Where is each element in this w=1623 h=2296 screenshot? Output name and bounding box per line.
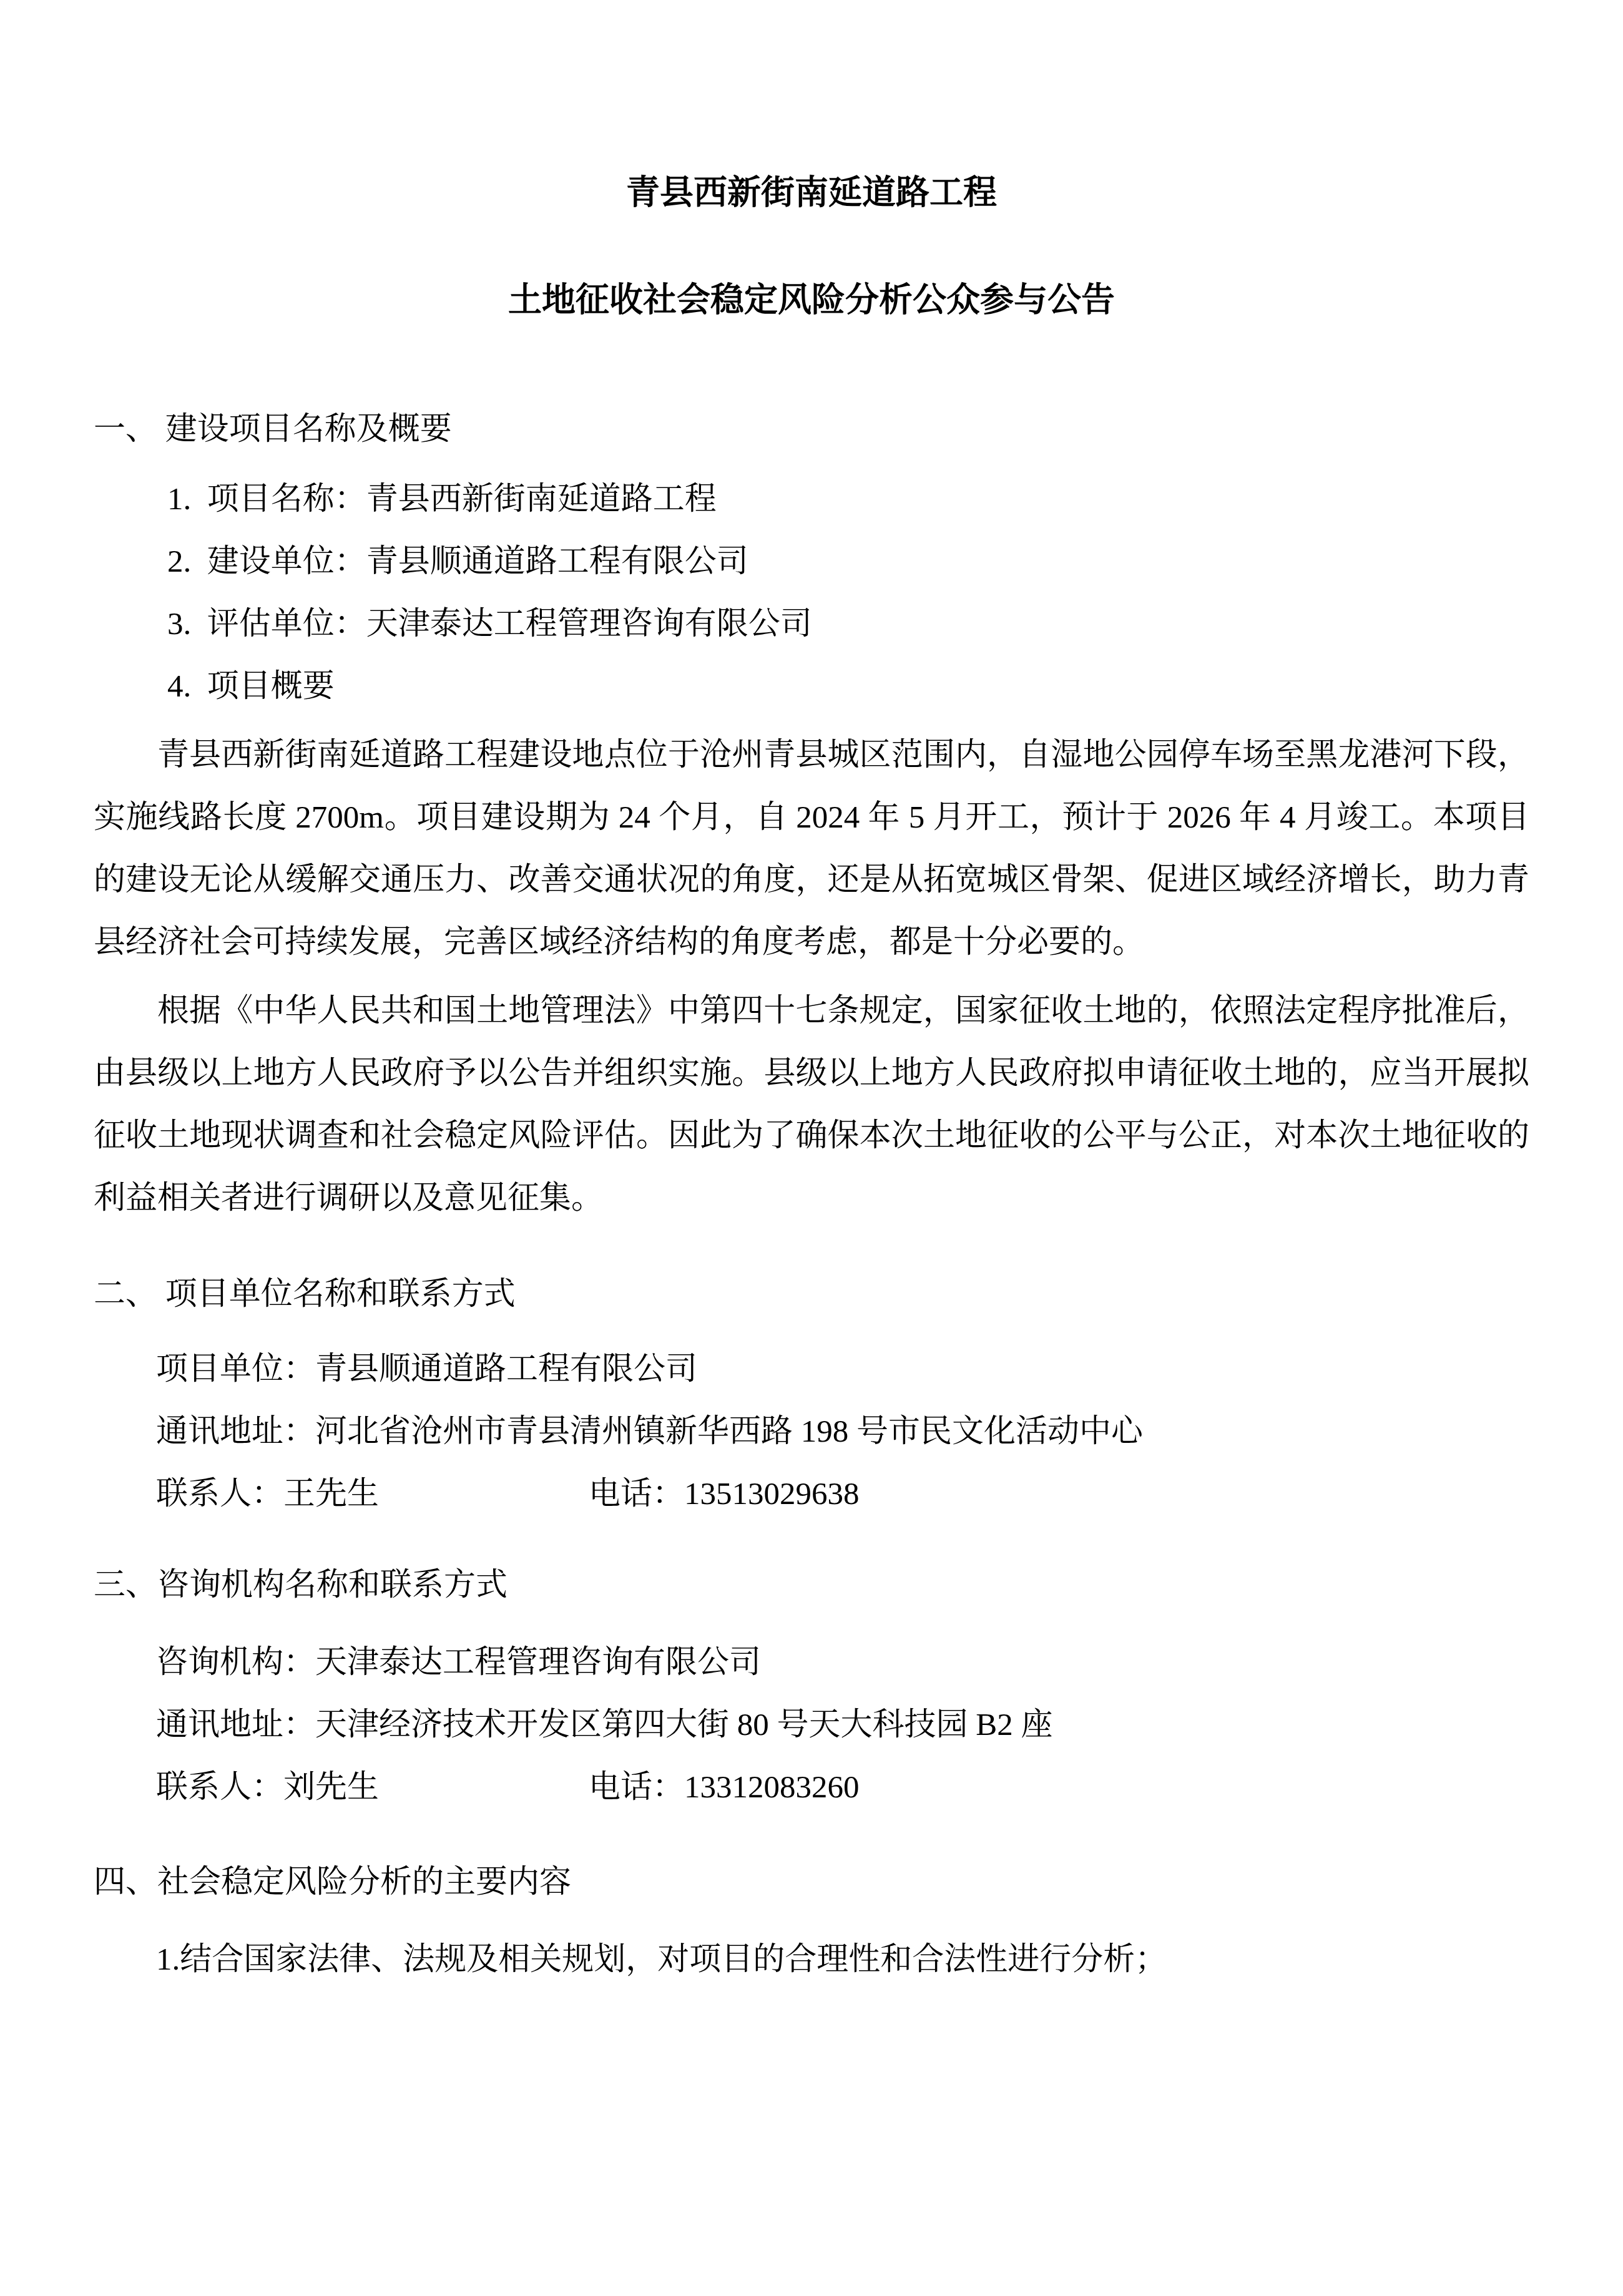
project-overview-paragraph-1: 青县西新街南延道路工程建设地点位于沧州青县城区范围内，自湿地公园停车场至黑龙港河… — [94, 724, 1529, 974]
section-2-heading: 二、 项目单位名称和联系方式 — [94, 1263, 1529, 1326]
section-3-contact-phone: 电话：13312083260 — [589, 1770, 860, 1805]
section-2-contact-line: 联系人：王先生电话：13513029638 — [94, 1463, 1529, 1525]
section-2-unit-line: 项目单位：青县顺通道路工程有限公司 — [94, 1338, 1529, 1400]
section-1-heading: 一、 建设项目名称及概要 — [94, 398, 1529, 461]
section-2-contact-person: 联系人：王先生 — [156, 1463, 589, 1525]
project-overview-paragraph-2: 根据《中华人民共和国土地管理法》中第四十七条规定，国家征收土地的，依照法定程序批… — [94, 980, 1529, 1229]
section-3-heading: 三、咨询机构名称和联系方式 — [94, 1554, 1529, 1616]
section-2-contact-phone: 电话：13513029638 — [589, 1477, 860, 1512]
section-3-contact-person: 联系人：刘先生 — [156, 1756, 589, 1819]
section-4-heading: 四、社会稳定风险分析的主要内容 — [94, 1851, 1529, 1913]
section-1-item-construction-unit: 2. 建设单位：青县顺通道路工程有限公司 — [94, 530, 1529, 593]
section-2-address-line: 通讯地址：河北省沧州市青县清州镇新华西路 198 号市民文化活动中心 — [94, 1400, 1529, 1463]
document-page: 青县西新街南延道路工程 土地征收社会稳定风险分析公众参与公告 一、 建设项目名称… — [0, 0, 1623, 2296]
section-1-item-project-overview: 4. 项目概要 — [94, 655, 1529, 718]
document-title: 青县西新街南延道路工程 — [94, 160, 1529, 225]
section-1-item-project-name: 1. 项目名称：青县西新街南延道路工程 — [94, 468, 1529, 530]
section-3-address-line: 通讯地址：天津经济技术开发区第四大街 80 号天大科技园 B2 座 — [94, 1694, 1529, 1756]
section-1-item-assessment-unit: 3. 评估单位：天津泰达工程管理咨询有限公司 — [94, 593, 1529, 655]
document-subtitle: 土地征收社会稳定风险分析公众参与公告 — [94, 268, 1529, 333]
section-4-item-1: 1.结合国家法律、法规及相关规划，对项目的合理性和合法性进行分析； — [94, 1928, 1529, 1991]
section-3-unit-line: 咨询机构：天津泰达工程管理咨询有限公司 — [94, 1631, 1529, 1694]
section-3-contact-line: 联系人：刘先生电话：13312083260 — [94, 1756, 1529, 1819]
